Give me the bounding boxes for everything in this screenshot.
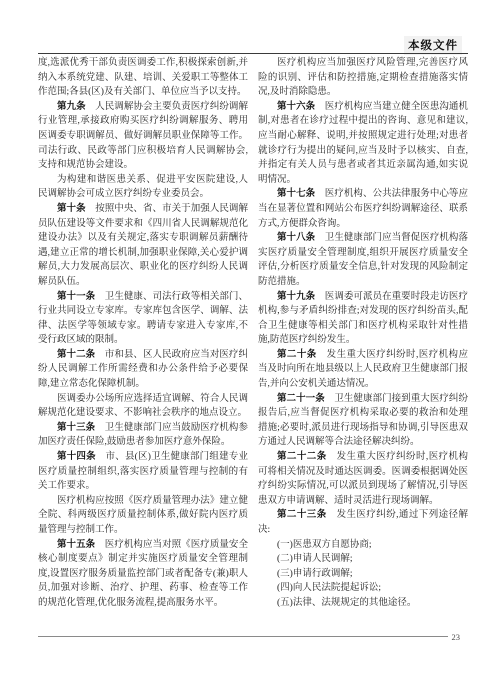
article-number: 第十九条: [277, 292, 315, 302]
article-number: 第十三条: [57, 423, 95, 433]
list-item-paragraph: (四)向人民法院提起诉讼;: [258, 581, 468, 596]
paragraph: 医疗机构应按照《医疗质量管理办法》建立健全院、科两级医疗质量控制体系,做好院内医…: [38, 494, 248, 538]
paragraph: 度,选派优秀干部负责医调委工作,积极探索创新,并纳入本系统党建、队建、培训、关爱…: [38, 56, 248, 100]
article-paragraph: 第十五条 医疗机构应当对照《医疗质量安全核心制度要点》制定并实施医疗质量安全管理…: [38, 538, 248, 611]
article-number: 第九条: [57, 102, 86, 112]
article-number: 第二十条: [277, 350, 317, 360]
header-rule: [38, 53, 468, 54]
article-paragraph: 第十四条 市、县(区)卫生健康部门组建专业医疗质量控制组织,落实医疗质量管理与控…: [38, 450, 248, 494]
paragraph: 医调委办公场所应选择适宜调解、符合人民调解规范化建设要求、不影响社会秩序的地点设…: [38, 392, 248, 421]
article-paragraph: 第十三条 卫生健康部门应当鼓励医疗机构参加医疗责任保险,鼓励患者参加医疗意外保险…: [38, 421, 248, 450]
article-number: 第二十三条: [277, 510, 327, 520]
paragraph: 为构建和谐医患关系、促进平安医院建设,人民调解协会可成立医疗纠纷专业委员会。: [38, 173, 248, 202]
article-paragraph: 第十条 按照中央、省、市关于加强人民调解员队伍建设等文件要求和《四川省人民调解规…: [38, 202, 248, 290]
article-paragraph: 第十一条 卫生健康、司法行政等相关部门、行业共同设立专家库。专家库包含医学、调解…: [38, 290, 248, 348]
paragraph: 医疗机构应当加强医疗风险管理,完善医疗风险的识别、评估和防控措施,定期检查措施落…: [258, 56, 468, 100]
page-number: 23: [452, 632, 461, 642]
article-paragraph: 第二十二条 发生重大医疗纠纷时,医疗机构可将相关情况及时通达医调委。医调委根据调…: [258, 450, 468, 508]
page-footer: 23: [38, 631, 460, 641]
article-paragraph: 第十八条 卫生健康部门应当督促医疗机构落实医疗质量安全管理制度,组织开展医疗质量…: [258, 231, 468, 289]
list-item-paragraph: (二)申请人民调解;: [258, 552, 468, 567]
article-number: 第二十二条: [277, 452, 327, 462]
article-paragraph: 第十二条 市和县、区人民政府应当对医疗纠纷人民调解工作所需经费和办公条件给予必要…: [38, 348, 248, 392]
left-column: 度,选派优秀干部负责医调委工作,积极探索创新,并纳入本系统党建、队建、培训、关爱…: [38, 56, 248, 622]
right-column: 医疗机构应当加强医疗风险管理,完善医疗风险的识别、评估和防控措施,定期检查措施落…: [258, 56, 468, 622]
article-paragraph: 第十七条 医疗机构、公共法律服务中心等应当在显著位置和网站公布医疗纠纷调解途径、…: [258, 187, 468, 231]
list-item-paragraph: (三)申请行政调解;: [258, 567, 468, 582]
article-number: 第十四条: [57, 452, 96, 462]
article-number: 第十一条: [57, 292, 95, 302]
document-page: 本级文件 度,选派优秀干部负责医调委工作,积极探索创新,并纳入本系统党建、队建、…: [0, 0, 500, 691]
article-paragraph: 第二十条 发生重大医疗纠纷时,医疗机构应当及时向所在地县级以上人民政府卫生健康部…: [258, 348, 468, 392]
article-number: 第十条: [57, 204, 86, 214]
article-paragraph: 第二十一条 卫生健康部门接到重大医疗纠纷报告后,应当督促医疗机构采取必要的救治和…: [258, 392, 468, 450]
article-number: 第十七条: [277, 189, 315, 199]
article-number: 第十六条: [277, 102, 315, 112]
article-number: 第十二条: [57, 350, 95, 360]
article-number: 第二十一条: [277, 394, 325, 404]
footer-rule: [38, 636, 448, 637]
article-number: 第十五条: [57, 540, 95, 550]
list-item-paragraph: (五)法律、法规规定的其他途径。: [258, 596, 468, 611]
article-number: 第十八条: [277, 233, 315, 243]
article-paragraph: 第九条 人民调解协会主要负责医疗纠纷调解行业管理,承接政府购买医疗纠纷调解服务、…: [38, 100, 248, 173]
page-content: 度,选派优秀干部负责医调委工作,积极探索创新,并纳入本系统党建、队建、培训、关爱…: [38, 56, 468, 622]
article-paragraph: 第十六条 医疗机构应当建立健全医患沟通机制,对患者在诊疗过程中提出的咨询、意见和…: [258, 100, 468, 188]
article-paragraph: 第十九条 医调委可派员在重要时段走访医疗机构,参与矛盾纠纷排查;对发现的医疗纠纷…: [258, 290, 468, 348]
article-paragraph: 第二十三条 发生医疗纠纷,通过下列途径解决:: [258, 508, 468, 537]
list-item-paragraph: (一)医患双方自愿协商;: [258, 538, 468, 553]
